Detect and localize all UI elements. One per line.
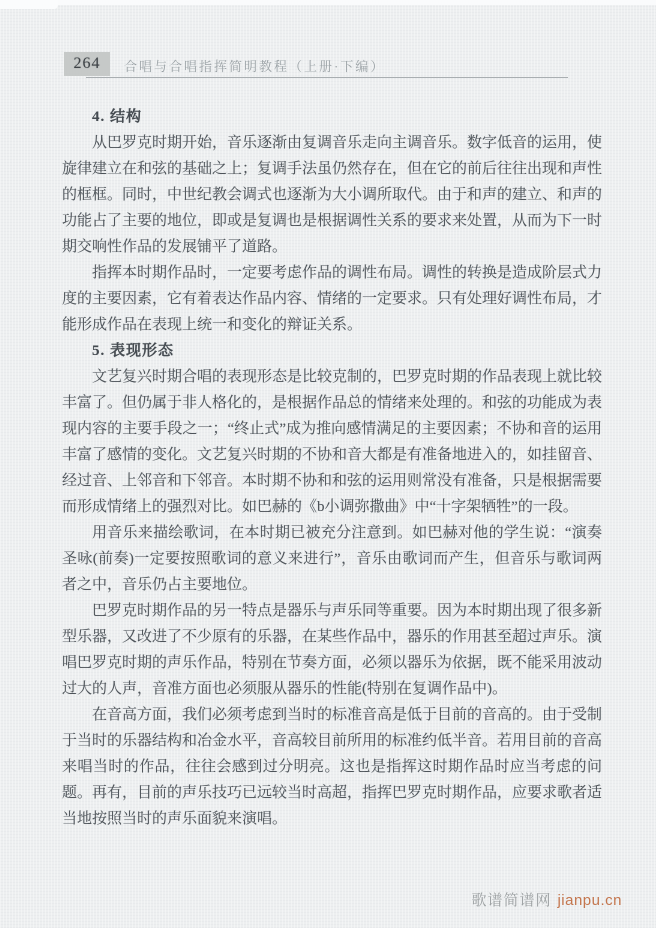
header-rule — [86, 77, 568, 78]
paragraph-instrumental-vocal: 巴罗克时期作品的另一特点是器乐与声乐同等重要。因为本时期出现了很多新型乐器，又改… — [62, 598, 602, 702]
watermark-site-name: 歌谱简谱网 — [471, 892, 551, 909]
page-body: 4. 结构 从巴罗克时期开始，音乐逐渐由复调音乐走向主调音乐。数字低音的运用，使… — [62, 104, 602, 832]
paragraph-lyrics-depiction: 用音乐来描绘歌词，在本时期已被充分注意到。如巴赫对他的学生说：“演奏圣咏(前奏)… — [62, 520, 602, 598]
page-header: 264 合唱与合唱指挥简明教程（上册·下编） — [64, 52, 596, 77]
paragraph-expression-form: 文艺复兴时期合唱的表现形态是比较克制的，巴罗克时期的作品表现上就比较丰富了。但仍… — [62, 364, 602, 520]
section-heading-expression-form: 5. 表现形态 — [62, 338, 602, 364]
section-heading-structure: 4. 结构 — [62, 104, 602, 130]
scan-corner-notch — [0, 0, 58, 9]
page-number: 264 — [64, 52, 110, 76]
scan-edge-top — [0, 0, 656, 5]
paragraph-tonality-layout: 指挥本时期作品时，一定要考虑作品的调性布局。调性的转换是造成阶层式力度的主要因素… — [62, 260, 602, 338]
book-title: 合唱与合唱指挥简明教程（上册·下编） — [124, 56, 385, 75]
paragraph-pitch-standard: 在音高方面，我们必须考虑到当时的标准音高是低于目前的音高的。由于受制于当时的乐器… — [62, 702, 602, 832]
paragraph-baroque-harmony: 从巴罗克时期开始，音乐逐渐由复调音乐走向主调音乐。数字低音的运用，使旋律建立在和… — [62, 130, 602, 260]
book-page-scan: 264 合唱与合唱指挥简明教程（上册·下编） 4. 结构 从巴罗克时期开始，音乐… — [0, 0, 656, 928]
watermark: 歌谱简谱网jianpu.cn — [471, 889, 622, 910]
watermark-site-url: jianpu.cn — [557, 892, 622, 909]
